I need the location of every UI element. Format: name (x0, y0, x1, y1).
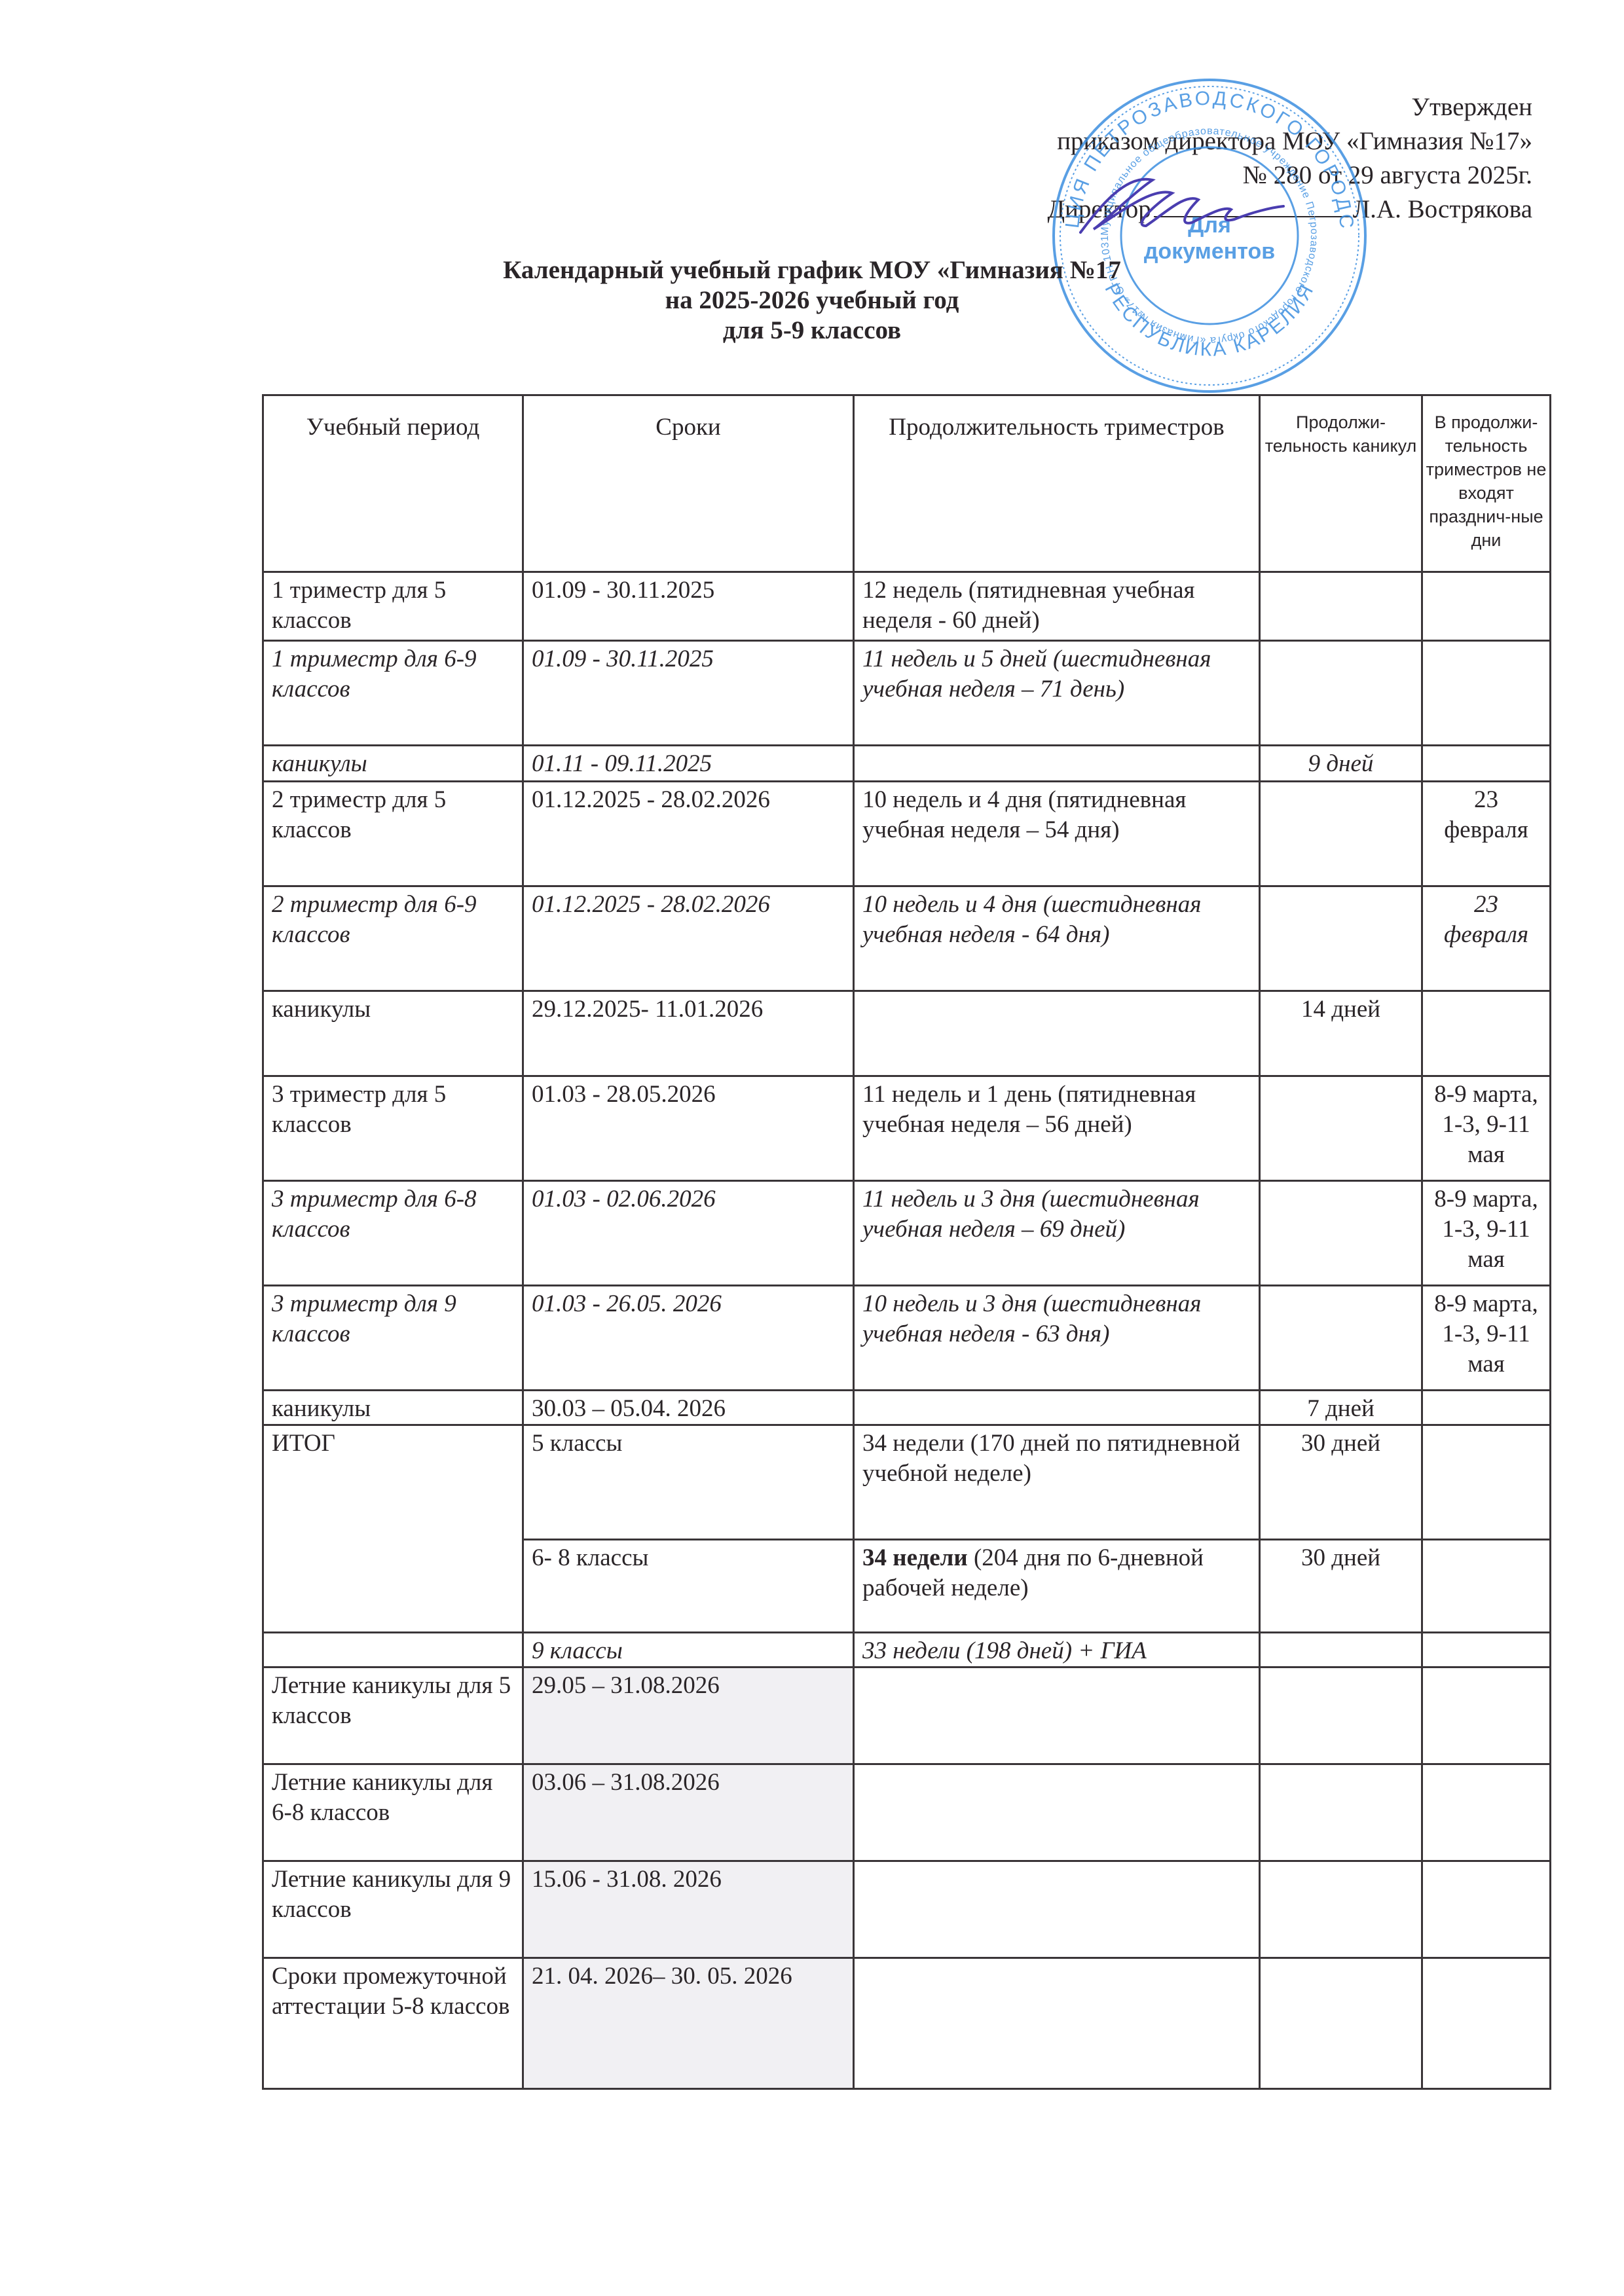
cell-duration: 11 недель и 1 день (пятидневная учебная … (854, 1076, 1260, 1181)
table-row: Летние каникулы для 6-8 классов 03.06 – … (263, 1764, 1551, 1861)
cell-dates: 01.09 - 30.11.2025 (523, 641, 854, 746)
cell-excluded: 8-9 марта, 1-3, 9-11 мая (1422, 1181, 1551, 1286)
cell-dates: 01.11 - 09.11.2025 (523, 746, 854, 782)
table-row: 2 триместр для 5 классов 01.12.2025 - 28… (263, 782, 1551, 886)
director-name: Л.А. Вострякова (1353, 195, 1532, 223)
cell-holiday: 14 дней (1260, 991, 1422, 1076)
title-line-1: Календарный учебный график МОУ «Гимназия… (0, 255, 1624, 285)
cell-excluded (1422, 1861, 1551, 1958)
cell-excluded: 8-9 марта, 1-3, 9-11 мая (1422, 1286, 1551, 1391)
cell-dates: 9 классы (523, 1633, 854, 1667)
cell-dates: 01.12.2025 - 28.02.2026 (523, 782, 854, 886)
cell-duration: 11 недель и 3 дня (шестидневная учебная … (854, 1181, 1260, 1286)
cell-holiday (1260, 1181, 1422, 1286)
cell-dates: 01.09 - 30.11.2025 (523, 572, 854, 641)
cell-dates: 01.03 - 02.06.2026 (523, 1181, 854, 1286)
cell-excluded: 8-9 марта, 1-3, 9-11 мая (1422, 1076, 1551, 1181)
cell-period: Летние каникулы для 6-8 классов (263, 1764, 523, 1861)
cell-duration: 34 недели (170 дней по пятидневной учебн… (854, 1425, 1260, 1540)
document-title: Календарный учебный график МОУ «Гимназия… (0, 255, 1624, 346)
cell-duration: 10 недель и 4 дня (шестидневная учебная … (854, 886, 1260, 991)
approval-order: приказом директора МОУ «Гимназия №17» (1047, 124, 1532, 158)
cell-period: 1 триместр для 6-9 классов (263, 641, 523, 746)
cell-dates: 6- 8 классы (523, 1540, 854, 1633)
cell-excluded (1422, 1958, 1551, 2089)
cell-period: каникулы (263, 1391, 523, 1425)
cell-holiday: 30 дней (1260, 1540, 1422, 1633)
table-row: каникулы 29.12.2025- 11.01.2026 14 дней (263, 991, 1551, 1076)
cell-duration: 11 недель и 5 дней (шестидневная учебная… (854, 641, 1260, 746)
cell-dates: 15.06 - 31.08. 2026 (523, 1861, 854, 1958)
cell-holiday (1260, 1667, 1422, 1764)
signature-underline (1154, 196, 1350, 217)
cell-holiday: 30 дней (1260, 1425, 1422, 1540)
cell-duration: 12 недель (пятидневная учебная неделя - … (854, 572, 1260, 641)
cell-excluded (1422, 572, 1551, 641)
cell-duration: 10 недель и 3 дня (шестидневная учебная … (854, 1286, 1260, 1391)
table-row: 2 триместр для 6-9 классов 01.12.2025 - … (263, 886, 1551, 991)
table-row: каникулы 30.03 – 05.04. 2026 7 дней (263, 1391, 1551, 1425)
cell-period: Сроки промежуточной аттестации 5-8 класс… (263, 1958, 523, 2089)
title-line-2: на 2025-2026 учебный год (0, 285, 1624, 316)
table-row: 3 триместр для 6-8 классов 01.03 - 02.06… (263, 1181, 1551, 1286)
cell-period: 1 триместр для 5 классов (263, 572, 523, 641)
cell-dates: 03.06 – 31.08.2026 (523, 1764, 854, 1861)
cell-dates: 01.03 - 26.05. 2026 (523, 1286, 854, 1391)
cell-period: 2 триместр для 6-9 классов (263, 886, 523, 991)
cell-duration (854, 1958, 1260, 2089)
cell-period: каникулы (263, 991, 523, 1076)
cell-period-total: ИТОГ (263, 1425, 523, 1633)
cell-holiday (1260, 641, 1422, 746)
table-row: Сроки промежуточной аттестации 5-8 класс… (263, 1958, 1551, 2089)
approval-title: Утвержден (1047, 90, 1532, 124)
cell-dates: 01.03 - 28.05.2026 (523, 1076, 854, 1181)
cell-excluded (1422, 1391, 1551, 1425)
cell-holiday (1260, 1764, 1422, 1861)
cell-holiday (1260, 1076, 1422, 1181)
cell-holiday (1260, 886, 1422, 991)
cell-duration (854, 991, 1260, 1076)
cell-excluded (1422, 991, 1551, 1076)
table-row: Летние каникулы для 9 классов 15.06 - 31… (263, 1861, 1551, 1958)
cell-holiday (1260, 1958, 1422, 2089)
cell-dates: 29.12.2025- 11.01.2026 (523, 991, 854, 1076)
header-term-duration: Продолжительность триместров (854, 395, 1260, 572)
cell-holiday (1260, 1633, 1422, 1667)
approval-block: Утвержден приказом директора МОУ «Гимназ… (1047, 90, 1532, 227)
table-row: 1 триместр для 6-9 классов 01.09 - 30.11… (263, 641, 1551, 746)
cell-duration: 10 недель и 4 дня (пятидневная учебная н… (854, 782, 1260, 886)
cell-period (263, 1633, 523, 1667)
header-holiday-duration: Продолжи-тельность каникул (1260, 395, 1422, 572)
cell-period: 2 триместр для 5 классов (263, 782, 523, 886)
cell-excluded (1422, 1633, 1551, 1667)
cell-holiday (1260, 782, 1422, 886)
cell-holiday: 9 дней (1260, 746, 1422, 782)
cell-excluded: 23 февраля (1422, 886, 1551, 991)
cell-period: Летние каникулы для 5 классов (263, 1667, 523, 1764)
cell-period: Летние каникулы для 9 классов (263, 1861, 523, 1958)
schedule-table: Учебный период Сроки Продолжительность т… (262, 394, 1551, 2090)
table-row: 1 триместр для 5 классов 01.09 - 30.11.2… (263, 572, 1551, 641)
cell-excluded (1422, 1540, 1551, 1633)
cell-dates: 29.05 – 31.08.2026 (523, 1667, 854, 1764)
cell-excluded (1422, 746, 1551, 782)
cell-duration: 33 недели (198 дней) + ГИА (854, 1633, 1260, 1667)
header-excluded-days: В продолжи-тельность триместров не входя… (1422, 395, 1551, 572)
table-row: ИТОГ 5 классы 34 недели (170 дней по пят… (263, 1425, 1551, 1540)
cell-duration (854, 746, 1260, 782)
table-row: 3 триместр для 9 классов 01.03 - 26.05. … (263, 1286, 1551, 1391)
cell-excluded (1422, 1425, 1551, 1540)
approval-order-number: № 280 от 29 августа 2025г. (1047, 158, 1532, 192)
cell-period: 3 триместр для 5 классов (263, 1076, 523, 1181)
cell-holiday (1260, 572, 1422, 641)
table-row: Летние каникулы для 5 классов 29.05 – 31… (263, 1667, 1551, 1764)
approval-signature-line: ДиректорЛ.А. Вострякова (1047, 192, 1532, 227)
duration-bold-part: 34 недели (862, 1544, 968, 1571)
cell-period: каникулы (263, 746, 523, 782)
cell-duration (854, 1861, 1260, 1958)
cell-holiday: 7 дней (1260, 1391, 1422, 1425)
title-line-3: для 5-9 классов (0, 316, 1624, 346)
cell-holiday (1260, 1861, 1422, 1958)
cell-period: 3 триместр для 6-8 классов (263, 1181, 523, 1286)
cell-excluded (1422, 1667, 1551, 1764)
cell-duration (854, 1391, 1260, 1425)
header-period: Учебный период (263, 395, 523, 572)
cell-duration: 34 недели (204 дня по 6-дневной рабочей … (854, 1540, 1260, 1633)
cell-dates: 21. 04. 2026– 30. 05. 2026 (523, 1958, 854, 2089)
header-dates: Сроки (523, 395, 854, 572)
cell-dates: 01.12.2025 - 28.02.2026 (523, 886, 854, 991)
table-header-row: Учебный период Сроки Продолжительность т… (263, 395, 1551, 572)
cell-dates: 5 классы (523, 1425, 854, 1540)
director-label: Директор (1047, 195, 1151, 223)
table-row: 3 триместр для 5 классов 01.03 - 28.05.2… (263, 1076, 1551, 1181)
cell-excluded (1422, 1764, 1551, 1861)
table-row: каникулы 01.11 - 09.11.2025 9 дней (263, 746, 1551, 782)
cell-duration (854, 1764, 1260, 1861)
cell-period: 3 триместр для 9 классов (263, 1286, 523, 1391)
cell-holiday (1260, 1286, 1422, 1391)
cell-excluded: 23 февраля (1422, 782, 1551, 886)
cell-duration (854, 1667, 1260, 1764)
table-row: 9 классы 33 недели (198 дней) + ГИА (263, 1633, 1551, 1667)
cell-excluded (1422, 641, 1551, 746)
cell-dates: 30.03 – 05.04. 2026 (523, 1391, 854, 1425)
